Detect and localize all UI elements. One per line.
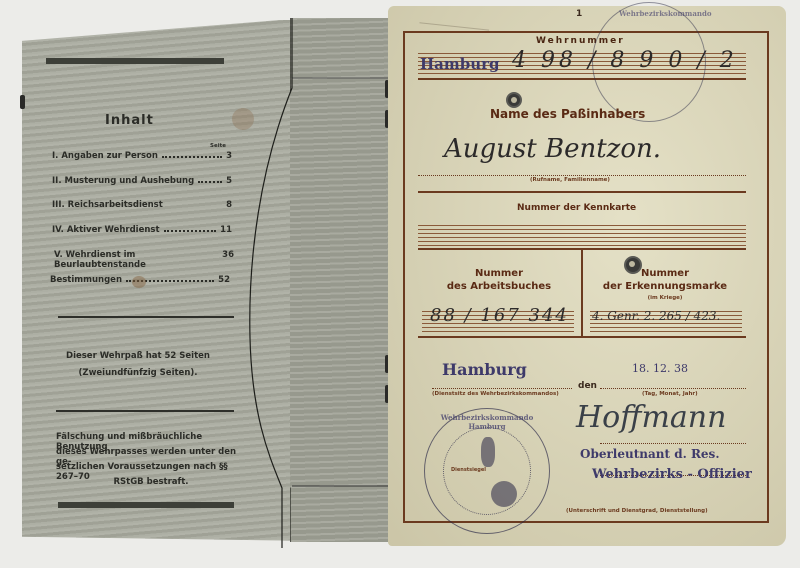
toc-item-page: 8 bbox=[226, 200, 232, 210]
arbeitsbuch-label-1: Nummer bbox=[418, 268, 580, 279]
toc-item-label: IV. Aktiver Wehrdienst bbox=[52, 225, 160, 235]
stain-mark bbox=[232, 108, 254, 130]
official-seal: Wehrbezirkskommando Hamburg Dienstsiegel bbox=[424, 408, 550, 534]
wehrnummer-stamp: Hamburg bbox=[420, 55, 500, 73]
section-divider bbox=[418, 336, 746, 338]
bottom-divider-bar bbox=[58, 502, 234, 508]
toc-item-page: 11 bbox=[220, 225, 232, 235]
stain-mark bbox=[132, 276, 146, 288]
top-round-stamp: Wehrbezirkskommando bbox=[592, 2, 706, 122]
toc-item-label: II. Musterung und Aushebung bbox=[52, 176, 194, 186]
name-dotted-line bbox=[418, 175, 746, 176]
arbeitsbuch-value: 88 / 167 344 bbox=[430, 305, 569, 326]
erkennungsmarke-label-2: der Erkennungsmarke bbox=[584, 281, 746, 292]
eagle-emblem-icon bbox=[481, 437, 495, 467]
toc-item-label: Bestimmungen bbox=[50, 275, 122, 285]
page-number: 1 bbox=[576, 9, 582, 19]
column-divider bbox=[581, 248, 583, 336]
toc-title: Inhalt bbox=[105, 113, 154, 128]
erkennungsmarke-label-1: Nummer bbox=[584, 268, 746, 279]
rank-value: Oberleutnant d. Res. bbox=[580, 447, 720, 461]
flap-curve-outline bbox=[290, 18, 390, 542]
position-value: Wehrbezirks - Offizier bbox=[592, 467, 752, 482]
place-value: Hamburg bbox=[442, 360, 527, 379]
erkennungsmarke-value: 4. Genr. 2. 265 / 423. bbox=[592, 309, 720, 323]
toc-item: IV. Aktiver Wehrdienst11 bbox=[52, 225, 232, 235]
date-caption: (Tag, Monat, Jahr) bbox=[642, 391, 698, 397]
page-count-line1: Dieser Wehrpaß hat 52 Seiten bbox=[40, 351, 236, 361]
warning-line4: RStGB bestraft. bbox=[56, 477, 246, 487]
erkennungsmarke-caption: (im Kriege) bbox=[584, 295, 746, 301]
date-dotted-line bbox=[600, 388, 746, 389]
top-divider-bar bbox=[46, 58, 224, 64]
toc-item: I. Angaben zur Person3 bbox=[52, 151, 232, 161]
seal-center-label: Dienstsiegel bbox=[451, 467, 486, 473]
toc-item-label: III. Reichsarbeitsdienst bbox=[52, 200, 163, 210]
den-label: den bbox=[578, 381, 597, 391]
toc-item: II. Musterung und Aushebung5 bbox=[52, 176, 232, 186]
seal-text: Wehrbezirkskommando Hamburg bbox=[435, 413, 539, 431]
signature-caption: (Unterschrift und Dienstgrad, Dienststel… bbox=[566, 508, 708, 514]
page-count-line2: (Zweiundfünfzig Seiten). bbox=[40, 368, 236, 378]
signature-dotted-line bbox=[600, 443, 746, 444]
inner-flap bbox=[290, 18, 390, 542]
top-stamp-text: Wehrbezirkskommando bbox=[619, 9, 712, 18]
eyelet-grommet bbox=[506, 92, 522, 108]
place-caption: (Dienstsitz des Wehrbezirkskommandos) bbox=[432, 391, 559, 397]
toc-item-page: 5 bbox=[226, 176, 232, 186]
toc-item-page: 36 bbox=[222, 250, 234, 270]
staple bbox=[20, 95, 25, 109]
name-value: August Bentzon. bbox=[444, 134, 661, 164]
toc-item-label: V. Wehrdienst im Beurlaubtenstande bbox=[54, 250, 222, 270]
eagle-emblem-icon bbox=[491, 481, 517, 507]
date-value: 18. 12. 38 bbox=[632, 362, 688, 375]
name-label: Name des Paßinhabers bbox=[490, 107, 645, 121]
signature-value: Hoffmann bbox=[576, 400, 726, 435]
toc-item-page: 52 bbox=[218, 275, 230, 285]
toc-item-page: 3 bbox=[226, 151, 232, 161]
divider-line bbox=[58, 316, 234, 318]
place-dotted-line bbox=[432, 388, 572, 389]
name-caption: (Rufname, Familienname) bbox=[530, 177, 610, 183]
divider-line bbox=[56, 410, 234, 412]
kennkarte-label: Nummer der Kennkarte bbox=[517, 203, 636, 213]
page-column-label: Seite bbox=[210, 143, 226, 149]
section-divider bbox=[418, 191, 746, 193]
toc-item: III. Reichsarbeitsdienst8 bbox=[52, 200, 232, 210]
toc-item: V. Wehrdienst im Beurlaubtenstande36 bbox=[54, 250, 234, 270]
toc-item-label: I. Angaben zur Person bbox=[52, 151, 158, 161]
arbeitsbuch-label-2: des Arbeitsbuches bbox=[418, 281, 580, 292]
